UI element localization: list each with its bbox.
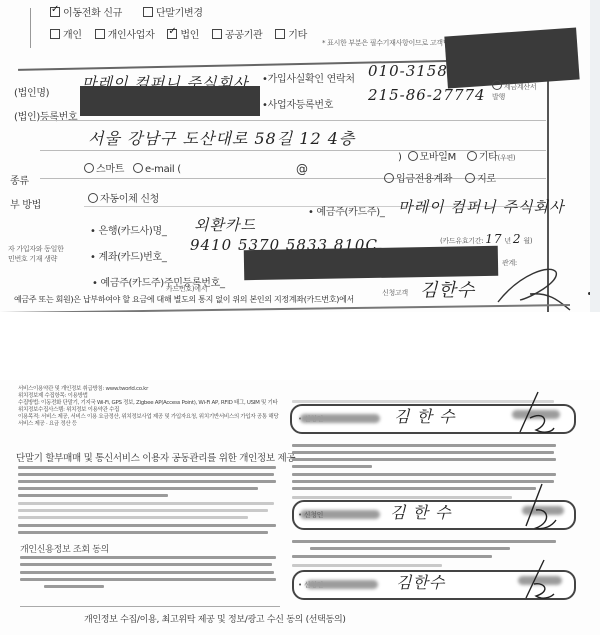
address-value[interactable]: 서울 강남구 도산대로 58길 12 4층 [88, 126, 355, 149]
tax-invoice-radio[interactable] [492, 80, 502, 90]
bank-name-value[interactable]: 외환카드 [194, 214, 256, 235]
terms-line: 위치정보수집사스템: 위치정보 이용약관 수집 [18, 407, 280, 414]
section-title-device-installment: 단말기 할부매매 및 통신서비스 이용자 공동관리를 위한 개인정보 제공 [16, 450, 295, 464]
sole-proprietor-label: 개인사업자 [108, 30, 155, 41]
contact-label: •가입사실확인 연락처 [262, 70, 355, 85]
giro-radio[interactable] [465, 173, 475, 183]
fine-print-line [292, 540, 556, 543]
corporation-label: 법인 [180, 30, 199, 41]
fine-print-line [310, 547, 510, 550]
form-bottom-border [0, 304, 570, 312]
billing-options-row: 스마트 e-mail ( [84, 160, 181, 175]
individual-checkbox[interactable] [50, 29, 60, 39]
deposit-account-radio[interactable] [384, 173, 394, 183]
individual-label: 개인 [63, 30, 82, 41]
billing-type-label: 종류 [10, 172, 29, 187]
card-expiry-label: (카드유효기간: [440, 237, 483, 245]
biz-reg-label: •사업자등록번호 [262, 96, 333, 111]
terms-line: 서비스이용약관 및 개인정보 취급방침: www.tworld.co.kr [18, 386, 280, 393]
device-change-label: 단말기변경 [156, 8, 203, 19]
terms-line: 위치정보제 수집항목: 이용방법 [18, 393, 280, 400]
other-label: 기타 [288, 30, 307, 41]
consent-signature-scribble-3 [512, 556, 562, 606]
fine-print-line [292, 496, 512, 499]
public-institution-checkbox[interactable] [212, 29, 222, 39]
blurred-name [306, 580, 378, 589]
scan-edge [590, 0, 600, 312]
fine-print-line [18, 516, 248, 519]
account-number-label: • 계좌(카드)번호_ [90, 248, 167, 263]
account-holder-value[interactable]: 마레이 컴퍼니 주식회사 [398, 196, 564, 217]
sole-proprietor-checkbox[interactable] [95, 29, 105, 39]
autopay-footer-text-right: 카드번호)에서 [166, 284, 207, 294]
payment-options-right: 입금전용계좌 지로 [384, 170, 496, 185]
mobile-new-label: 이동전화 신규 [63, 8, 122, 19]
fine-print-line [292, 473, 556, 476]
section-title-credit-inquiry: 개인신용정보 조회 동의 [20, 542, 109, 555]
contact-value[interactable]: 010-3158 [368, 62, 448, 80]
card-expiry-year-unit: 년 [504, 237, 510, 245]
mobile-m-radio[interactable] [408, 151, 418, 161]
smart-radio[interactable] [84, 163, 94, 173]
fine-print-line [18, 473, 274, 476]
section-divider [20, 606, 280, 607]
blurred-name [300, 414, 380, 423]
fine-print-line [18, 487, 258, 490]
fine-print-line [18, 509, 268, 512]
autopay-label: 자동이체 신청 [100, 194, 159, 205]
billing-other-note: (우편) [498, 154, 516, 162]
account-holder-label: • 예금주(카드주)_ [308, 203, 385, 218]
autopay-footer-text: 예금주 또는 회원)은 납부하여야 할 요금에 대해 별도의 통지 없이 위의 … [14, 294, 354, 305]
fine-print-line [292, 465, 372, 468]
corporation-checkbox[interactable] [167, 29, 177, 39]
terms-intro-text: 서비스이용약관 및 개인정보 취급방침: www.tworld.co.kr 위치… [18, 386, 280, 428]
mobile-new-checkbox[interactable] [50, 7, 60, 17]
tax-invoice-option[interactable]: 세금계산서 발행 [492, 80, 544, 102]
fine-print-line [18, 524, 276, 527]
other-checkbox[interactable] [275, 29, 285, 39]
email-at-sign: @ [296, 162, 308, 176]
consent-signature-scribble-1 [510, 388, 560, 438]
application-form-scan-bottom: 서비스이용약관 및 개인정보 취급방침: www.tworld.co.kr 위치… [0, 380, 600, 635]
billing-other-label: 기타 [479, 152, 498, 163]
consent-signature-name-3[interactable]: 김한수 [396, 570, 445, 593]
service-type-row: 이동전화 신규 단말기변경 [50, 4, 203, 19]
section-title-optional-consent: 개인정보 수집/이용, 최고위탁 제공 및 정보/광고 수신 동의 (선택동의) [84, 612, 346, 625]
fine-print-line [20, 578, 276, 581]
biz-reg-value[interactable]: 215-86-27774 [368, 86, 486, 104]
row-divider [40, 120, 546, 121]
name-label: (법인명) [14, 84, 49, 99]
fine-print-line [292, 444, 556, 447]
consent-signature-scribble-2 [512, 480, 562, 536]
fine-print-line [18, 466, 276, 469]
card-expiry-month[interactable]: 2 [513, 232, 522, 246]
card-expiry: (카드유효기간: 17 년 2 월) [440, 232, 532, 246]
margin-line [30, 8, 31, 48]
autopay-option: 자동이체 신청 [88, 190, 159, 205]
autopay-radio[interactable] [88, 193, 98, 203]
fine-print-line [18, 531, 268, 534]
side-note: 자 가입자와 동일한 민번호 기재 생략 [8, 244, 64, 264]
applicant-name[interactable]: 김한수 [420, 276, 475, 302]
fine-print-line [18, 494, 168, 497]
customer-type-row: 개인 개인사업자 법인 공공기관 기타 [50, 26, 307, 41]
terms-intro-block: 서비스이용약관 및 개인정보 취급방침: www.tworld.co.kr 위치… [18, 386, 280, 428]
signer-label: • 신청인 [298, 510, 323, 520]
terms-line: 수집방법: 이동전화 단말기, 기지국 Wi-Fi, GPS 정보, Zigbe… [18, 400, 280, 407]
application-form-scan-top: 이동전화 신규 단말기변경 개인 개인사업자 법인 공공기관 기타 * 표시한 … [0, 0, 590, 312]
payment-method-label: 부 방법 [10, 196, 41, 211]
smart-label: 스마트 [96, 164, 124, 175]
fine-print-line [292, 564, 442, 567]
consent-signature-name-1[interactable]: 김 한 수 [394, 404, 456, 427]
consent-signature-name-2[interactable]: 김 한 수 [390, 500, 452, 523]
side-note-line2: 민번호 기재 생략 [8, 254, 64, 264]
fine-print-line [44, 585, 104, 588]
giro-label: 지로 [477, 174, 496, 185]
fine-print-line [292, 555, 492, 558]
email-close-paren: ) [398, 152, 402, 163]
fine-print-line [18, 480, 276, 483]
device-change-checkbox[interactable] [143, 7, 153, 17]
fine-print-line [292, 458, 556, 461]
public-institution-label: 공공기관 [225, 30, 262, 41]
billing-options-row-right: ) 모바일M 기타(우편) [398, 148, 515, 163]
email-label: e-mail ( [145, 164, 181, 175]
fine-print-line [292, 487, 536, 490]
bank-name-label: • 은행(카드사)명_ [90, 222, 167, 237]
terms-line: 서비스 제공 · 요금 정산 등 [18, 421, 280, 428]
card-expiry-year[interactable]: 17 [485, 232, 502, 246]
deposit-account-label: 입금전용계좌 [396, 174, 452, 185]
terms-line: 이용목적: 서비스 제공, 서비스 이용 요금정산, 위치정보사업 제공 및 가… [18, 414, 280, 421]
side-note-line1: 자 가입자와 동일한 [8, 244, 64, 254]
signature-scribble [490, 254, 590, 312]
fine-print-line [20, 563, 272, 566]
fine-print-line [20, 571, 274, 574]
mobile-m-label: 모바일M [420, 152, 456, 163]
applicant-label: 신청고객 [382, 288, 408, 298]
fine-print-line [18, 502, 274, 505]
fine-print-line [20, 556, 276, 559]
billing-other-radio[interactable] [467, 151, 477, 161]
email-radio[interactable] [133, 163, 143, 173]
redaction-box [80, 86, 260, 116]
fine-print-line [292, 451, 554, 454]
card-expiry-month-unit: 월) [523, 237, 532, 245]
